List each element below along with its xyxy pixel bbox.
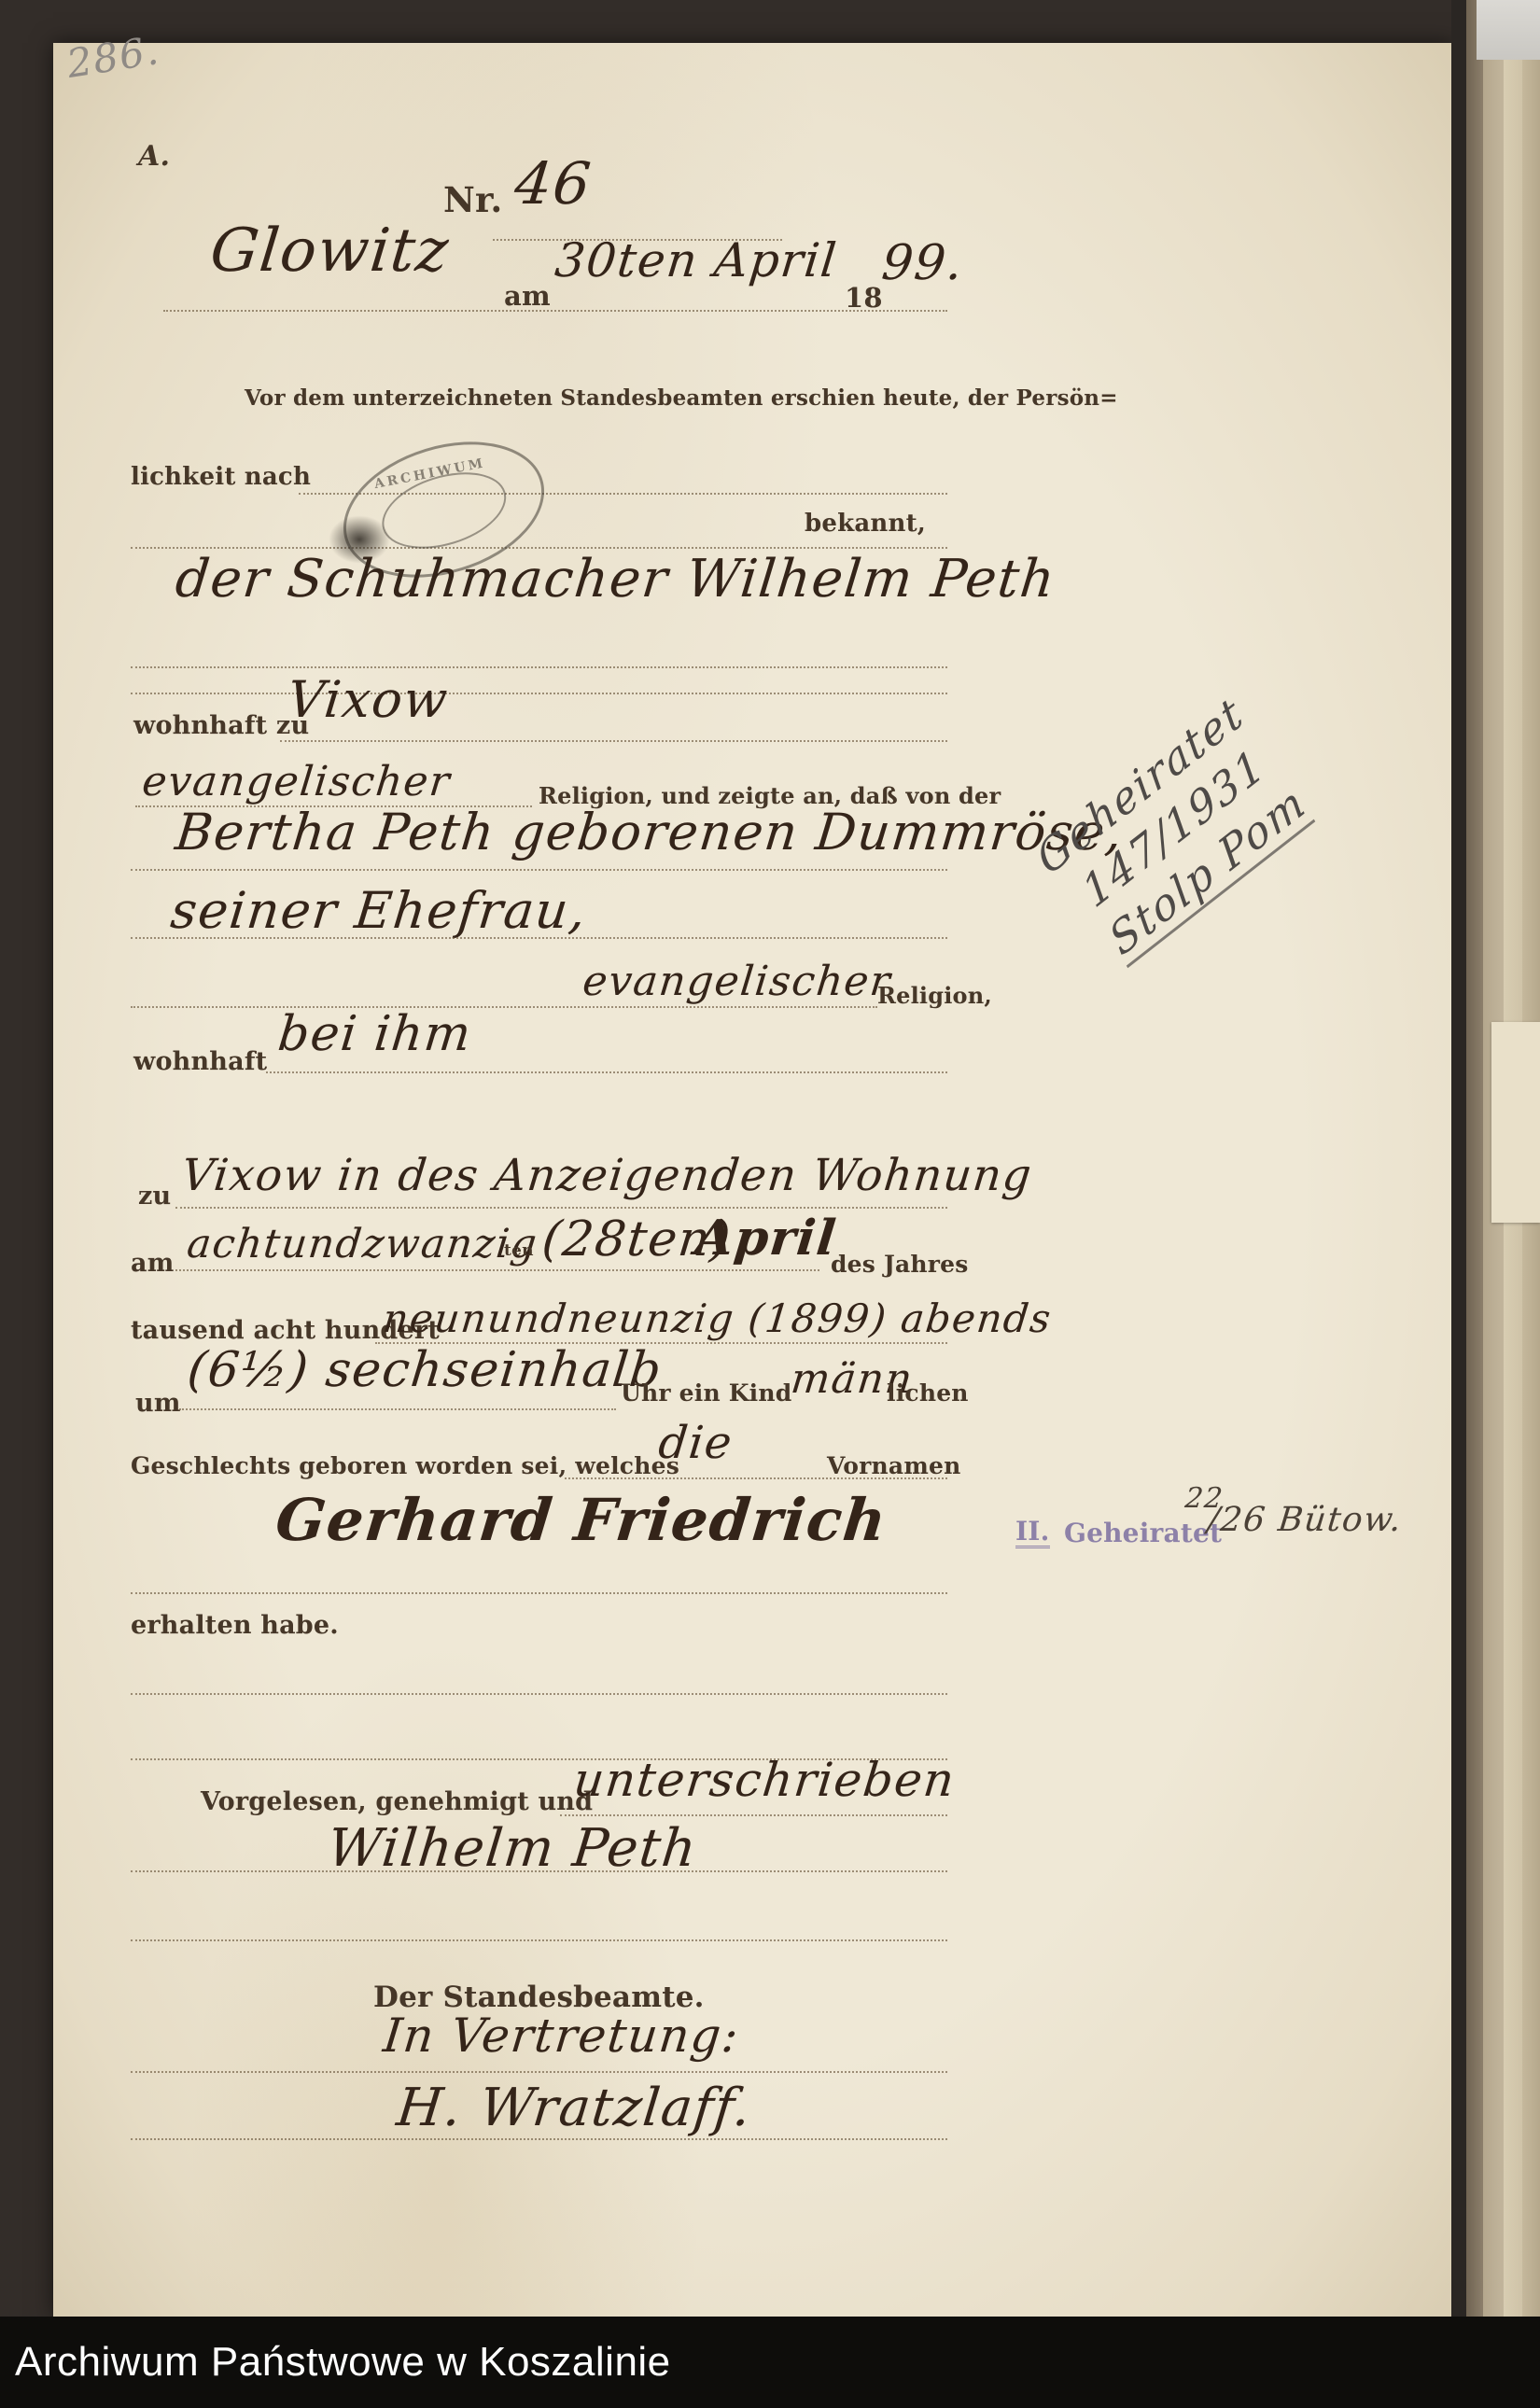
ruled-line	[131, 1939, 947, 1941]
child-name: Gerhard Friedrich	[273, 1486, 890, 1554]
record-number-value: 46	[511, 149, 595, 217]
ruled-line	[266, 1071, 947, 1073]
time-handwritten: (6½) sechseinhalb	[185, 1342, 665, 1398]
ruled-line	[131, 693, 947, 694]
scanned-document-page: 286. A. Nr. 46 Glowitz am 30ten April 18…	[0, 0, 1540, 2408]
vorgelesen-label: Vorgelesen, genehmigt und	[201, 1787, 593, 1816]
ruled-line	[175, 1269, 819, 1271]
am-label: am	[504, 280, 551, 312]
ruled-line	[131, 1006, 877, 1008]
wohnhaft-handwritten: bei ihm	[275, 1006, 474, 1062]
year-printed: 18	[845, 282, 883, 314]
date-handwritten: 30ten April	[553, 233, 840, 287]
birth-place-handwritten: Vixow in des Anzeigenden Wohnung	[179, 1150, 1035, 1201]
mother-relation: seiner Ehefrau,	[168, 881, 590, 940]
ten-superscript: ten	[504, 1241, 534, 1260]
archive-name: Archiwum Państwowe w Koszalinie	[15, 2339, 671, 2386]
um-label: um	[135, 1389, 181, 1418]
intro-line-1: Vor dem unterzeichneten Standesbeamten e…	[245, 385, 1118, 411]
birth-day-handwritten: achtundzwanzig	[185, 1221, 540, 1267]
ruled-line	[131, 1592, 947, 1594]
ruled-line	[131, 869, 947, 871]
ruled-line	[280, 740, 947, 742]
residence-handwritten: Vixow	[285, 670, 452, 729]
ruled-line	[175, 1207, 947, 1209]
religion2-handwritten: evangelischer	[581, 958, 893, 1005]
zu-label: zu	[138, 1182, 171, 1211]
unterschrieben-handwritten: unterschrieben	[571, 1753, 958, 1807]
ruled-line	[131, 666, 947, 668]
ruled-line	[163, 310, 947, 312]
marriage-stamp-label: Geheiratet	[1064, 1518, 1222, 1548]
record-number-label: Nr.	[443, 179, 502, 220]
religion2-printed: Religion,	[877, 982, 992, 1009]
official-signature: H. Wratzlaff.	[394, 2078, 755, 2138]
vornamen-label: Vornamen	[827, 1452, 960, 1479]
place-name: Glowitz	[207, 217, 453, 286]
bekannt-label: bekannt,	[805, 510, 926, 538]
wohnhaft-label: wohnhaft	[133, 1047, 267, 1076]
die-handwritten: die	[656, 1417, 735, 1469]
ruled-line	[131, 1693, 947, 1695]
marriage-note-text: /26 Bütow.	[1206, 1501, 1404, 1539]
ruled-line	[131, 2071, 947, 2073]
intro-line-2: lichkeit nach	[131, 463, 311, 491]
corner-letter: A.	[138, 140, 170, 173]
gender-printed: lichen	[887, 1379, 969, 1407]
ruled-line	[131, 2138, 947, 2140]
ruled-line	[179, 1408, 616, 1410]
marriage-stamp-prefix: II.	[1015, 1518, 1050, 1548]
am2-label: am	[131, 1249, 174, 1278]
vertretung-handwritten: In Vertretung:	[381, 2009, 742, 2063]
ruled-line	[560, 1814, 947, 1816]
birth-month-handwritten: April	[693, 1210, 840, 1267]
declarant-name: der Schuhmacher Wilhelm Peth	[173, 549, 1058, 609]
ruled-line	[131, 1870, 947, 1872]
ruled-line	[131, 937, 947, 939]
wohnhaft-zu-label: wohnhaft zu	[133, 711, 309, 740]
religion1-handwritten: evangelischer	[140, 758, 453, 805]
geschlechts-label: Geschlechts geboren worden sei, welches	[131, 1452, 679, 1479]
binding-fabric-corner	[1477, 0, 1540, 60]
archive-footer-bar: Archiwum Państwowe w Koszalinie	[0, 2317, 1540, 2408]
inserted-page-edge	[1491, 1022, 1540, 1223]
year-handwritten: 99.	[879, 235, 967, 291]
des-jahres-label: des Jahres	[831, 1251, 969, 1278]
page-edge-strip	[1466, 0, 1483, 2408]
book-gutter-shadow	[1451, 0, 1466, 2408]
uhr-printed: Uhr ein Kind	[621, 1379, 791, 1407]
erhalten-label: erhalten habe.	[131, 1611, 339, 1640]
birth-year-handwritten: neunundneunzig (1899) abends	[381, 1295, 1054, 1341]
